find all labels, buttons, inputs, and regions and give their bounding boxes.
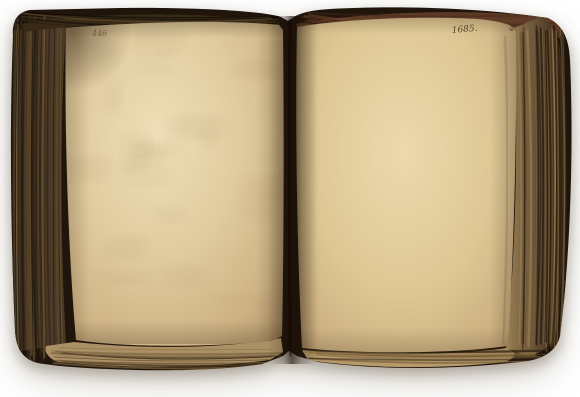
paper-mottle	[138, 55, 170, 77]
photo-of-open-manuscript: 446 1685. 447.	[0, 0, 580, 397]
open-book: 446 1685. 447.	[0, 0, 580, 397]
paper-mottle	[95, 272, 153, 284]
paper-mottle	[199, 133, 219, 147]
left-page-number: 446	[91, 29, 107, 38]
paper-mottle	[164, 266, 206, 288]
right-page-paper	[296, 18, 516, 353]
paper-mottle	[108, 235, 148, 259]
paper-mottle	[154, 208, 186, 222]
gutter-shadow	[268, 16, 316, 364]
paper-mottle	[106, 82, 122, 112]
paper-mottle	[121, 155, 149, 171]
page-edge-shading	[62, 320, 286, 344]
paper-mottle	[155, 49, 177, 57]
